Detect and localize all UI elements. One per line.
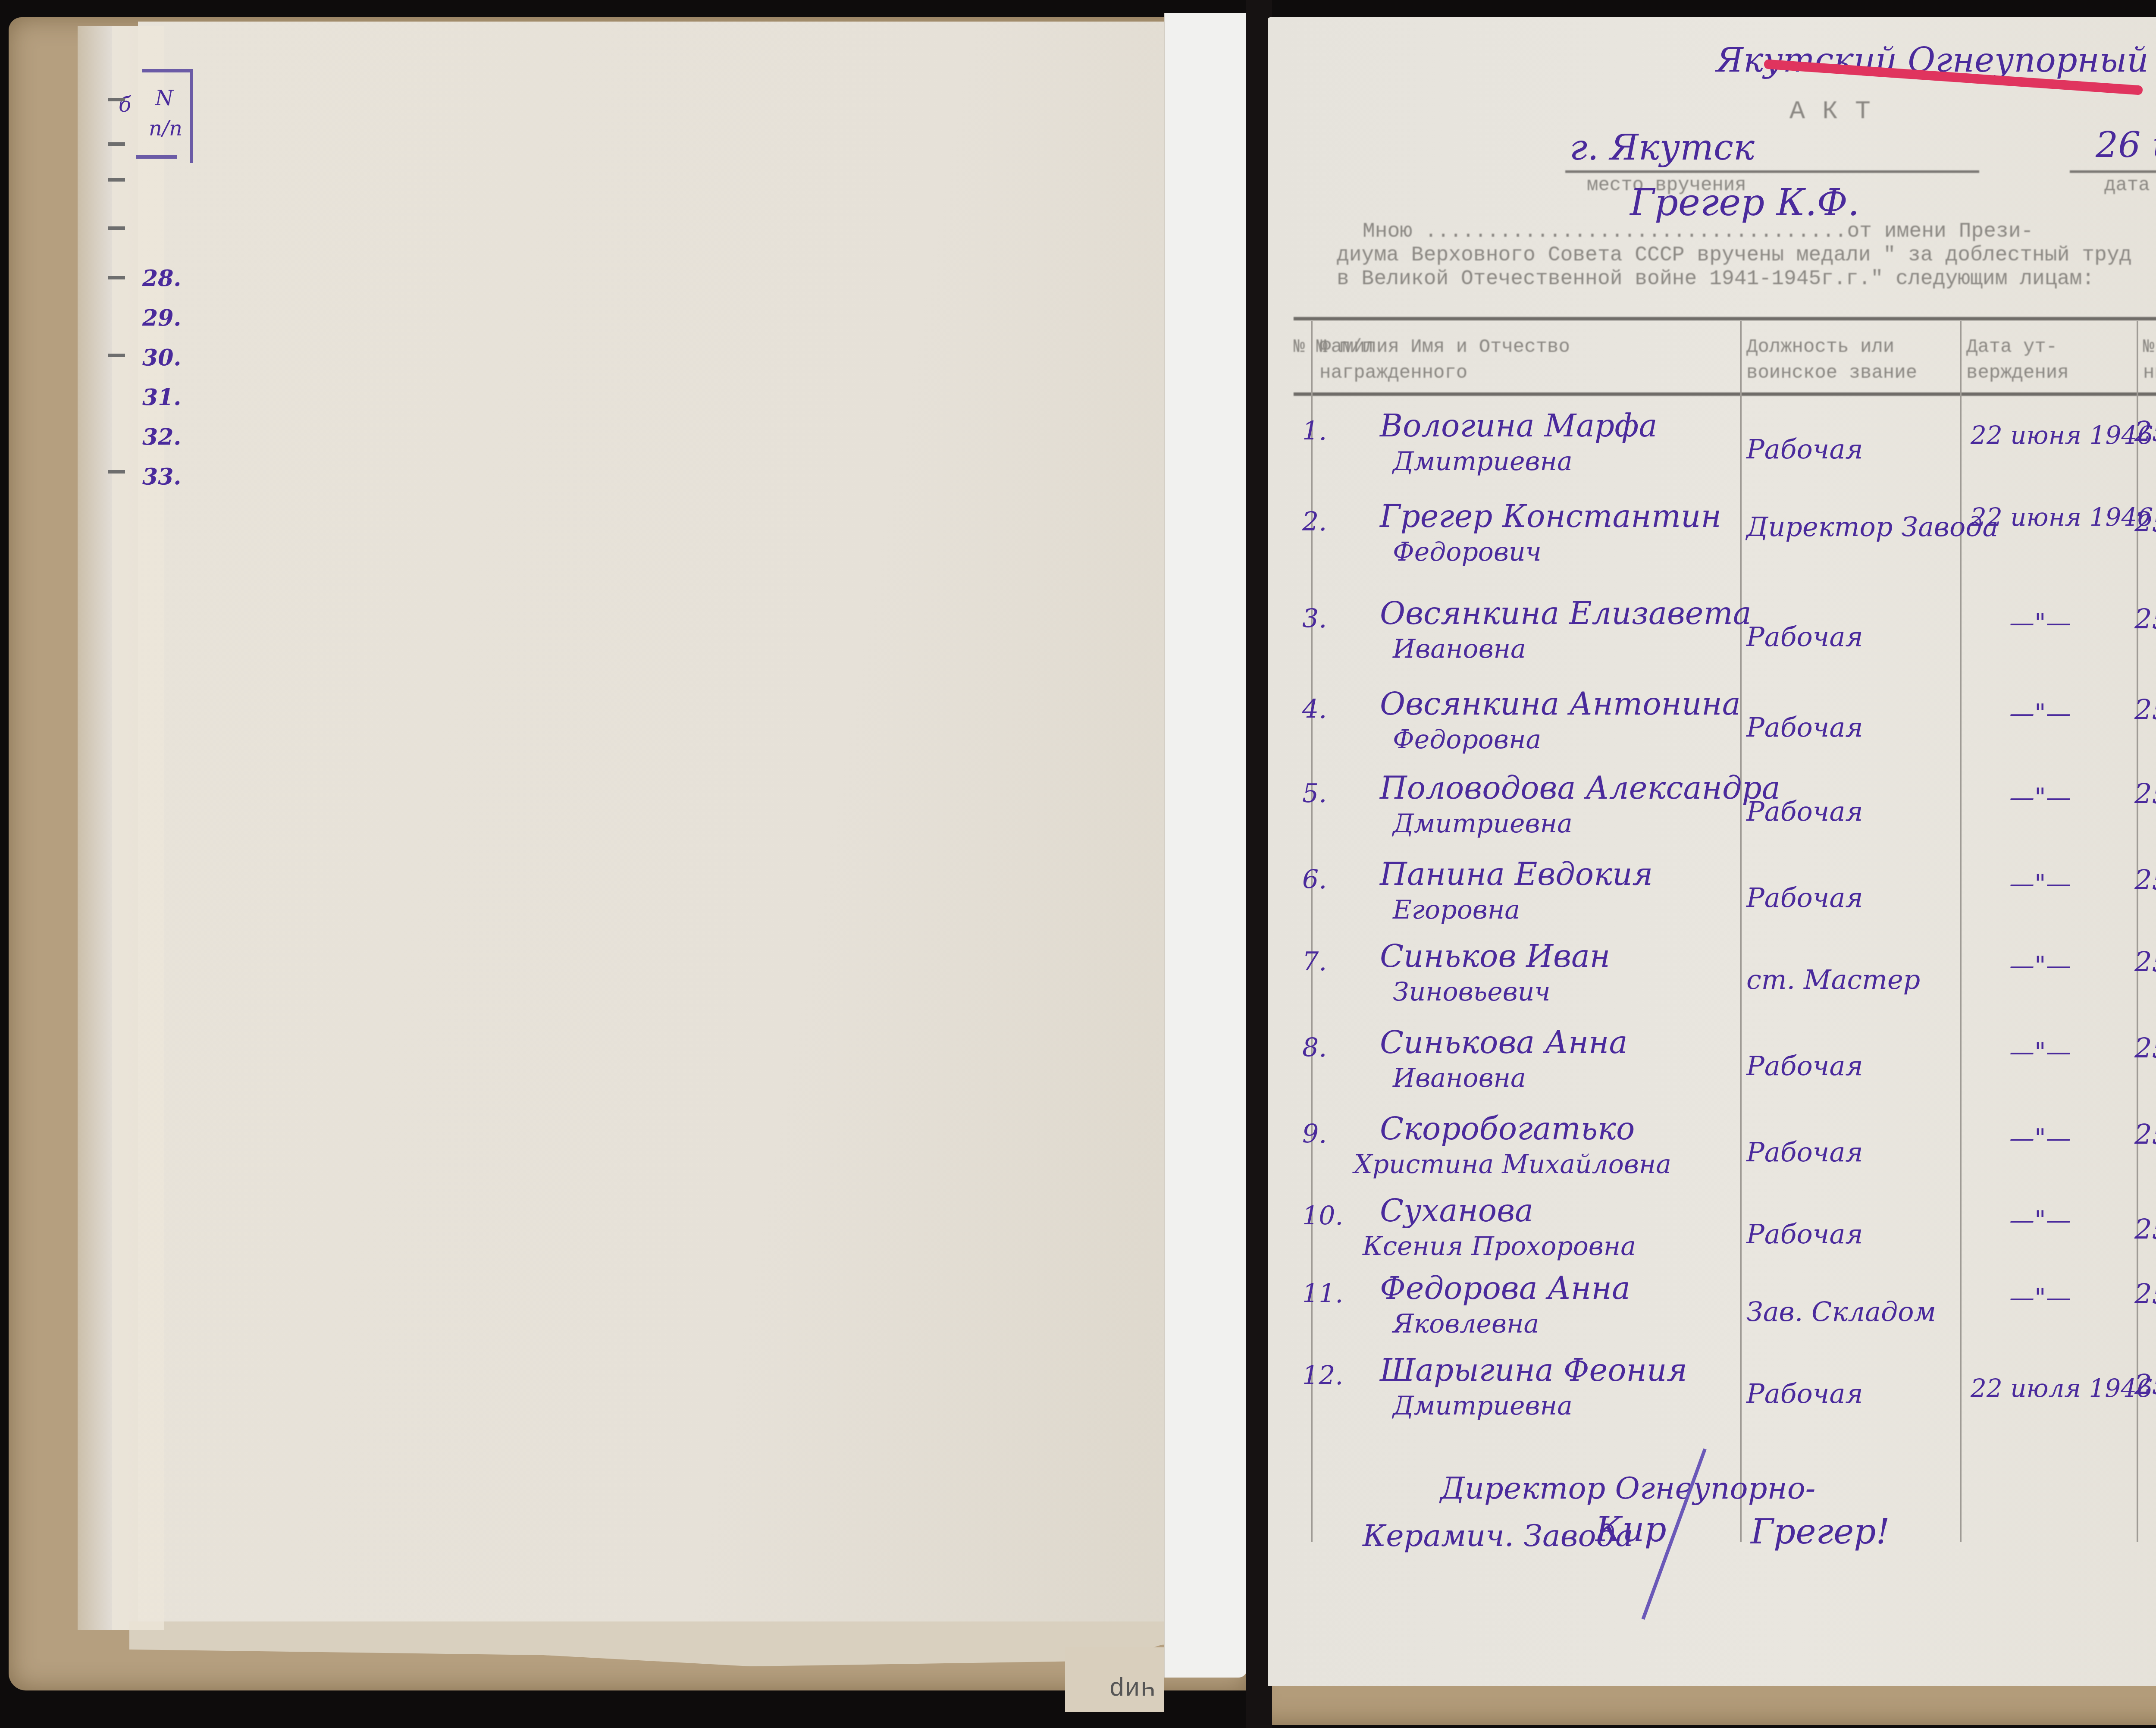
header-name: Фамилия Имя и Отчество награжденного — [1319, 334, 1733, 386]
row-number: 9. — [1302, 1119, 1327, 1149]
tick-mark — [108, 142, 125, 146]
approval-date: —"— — [2009, 783, 2071, 812]
awardee-name: Вологина Марфа — [1380, 408, 1657, 444]
presenter-name: Грегер К.Ф. — [1630, 181, 1859, 224]
header-position: Должность или воинское звание — [1746, 334, 1953, 386]
awardee-position: Рабочая — [1746, 1136, 1863, 1168]
awardee-position: Зав. Складом — [1746, 1296, 1936, 1327]
body-text-line: Мною ..................................о… — [1363, 220, 2033, 243]
awardee-position: Директор Завода — [1746, 511, 1999, 543]
row-number: 5. — [1302, 778, 1327, 809]
approval-date: 22 июня 1946 — [1971, 420, 2153, 450]
awardee-name: Овсянкина Елизавета — [1380, 595, 1752, 631]
certificate-number: 253623 — [2134, 865, 2156, 897]
margin-number: 33. — [142, 457, 194, 497]
approval-date: 22 июня 1946 — [1971, 502, 2153, 532]
awardee-patronymic: Дмитриевна — [1393, 446, 1573, 477]
approval-date: —"— — [2009, 608, 2071, 637]
approval-date: —"— — [2009, 1205, 2071, 1235]
awardee-name: Суханова — [1380, 1192, 1533, 1229]
table-row: 12. Шарыгина Феония Дмитриевна Рабочая 2… — [1294, 1352, 2156, 1465]
signature-title: Директор Огнеупорно- — [1440, 1471, 1815, 1506]
place-value: г. Якутск — [1570, 127, 1755, 168]
awardee-patronymic: Яковлевна — [1393, 1309, 1539, 1339]
margin-number: 30. — [142, 338, 194, 378]
tick-mark — [108, 178, 125, 182]
awardee-name: Синьков Иван — [1380, 938, 1610, 974]
awardee-position: Рабочая — [1746, 433, 1863, 465]
tick-mark — [108, 226, 125, 230]
approval-date: 22 июля 1946 — [1971, 1374, 2153, 1403]
body-text-line: в Великой Отечественной войне 1941-1945г… — [1337, 267, 2094, 291]
date-label: дата вручения — [2104, 175, 2156, 196]
certificate-number: 253632 — [2134, 947, 2156, 978]
awardee-position: Рабочая — [1746, 1218, 1863, 1250]
margin-divider — [136, 155, 177, 159]
margin-index-numbers: 28. 29. 30. 31. 32. 33. — [142, 259, 194, 497]
margin-index-box — [142, 69, 193, 163]
awardee-name: Грегер Константин — [1380, 498, 1721, 534]
tick-mark — [108, 354, 125, 357]
row-number: 4. — [1302, 694, 1327, 724]
awardee-name: Овсянкина Антонина — [1380, 686, 1741, 722]
row-number: 2. — [1302, 507, 1327, 537]
awardee-name: Половодова Александра — [1380, 770, 1780, 806]
awardee-patronymic: Егоровна — [1393, 895, 1520, 925]
table-top-rule — [1294, 317, 2156, 320]
margin-number: 32. — [142, 417, 194, 457]
table-header-rule — [1294, 392, 2156, 396]
approval-date: —"— — [2009, 869, 2071, 898]
row-number: 10. — [1302, 1201, 1343, 1231]
approval-date: —"— — [2009, 699, 2071, 728]
margin-side-mark: б — [119, 93, 131, 117]
act-title: АКТ — [1789, 97, 1888, 126]
row-number: 3. — [1302, 604, 1327, 634]
awardee-name: Шарыгина Феония — [1380, 1352, 1687, 1388]
awardee-patronymic: Ксения Прохоровна — [1363, 1231, 1636, 1261]
tick-mark — [108, 470, 125, 474]
row-number: 11. — [1302, 1279, 1343, 1309]
awardee-position: Рабочая — [1746, 796, 1863, 827]
awardee-position: Рабочая — [1746, 1378, 1863, 1409]
approval-date: —"— — [2009, 951, 2071, 980]
date-value: 26 июля 1946 — [2096, 125, 2156, 166]
certificate-number: 253620 — [2134, 604, 2156, 636]
awardee-name: Скоробогатько — [1380, 1110, 1635, 1147]
awardee-position: ст. Мастер — [1746, 964, 1920, 995]
awardee-position: Рабочая — [1746, 712, 1863, 743]
signature-mark: Кир — [1595, 1509, 1667, 1549]
certificate-number: 253637 — [2134, 1369, 2156, 1401]
awardee-position: Рабочая — [1746, 882, 1863, 913]
date-underline — [2070, 170, 2156, 173]
table-row: 2. Грегер Константин Федорович Директор … — [1294, 498, 2156, 611]
left-page — [138, 22, 1242, 1643]
certificate-number: 253634 — [2134, 1119, 2156, 1151]
awardee-patronymic: Федоровна — [1393, 724, 1541, 755]
header-certificate-number: № удостовер ния — [2143, 334, 2156, 386]
signatory-name: Грегер! — [1751, 1512, 1890, 1552]
bottom-stamp-label: чир — [1065, 1647, 1164, 1712]
row-number: 1. — [1302, 416, 1327, 446]
margin-number: 28. — [142, 259, 194, 298]
certificate-number: 253621 — [2134, 694, 2156, 726]
margin-number: 31. — [142, 378, 194, 417]
awardee-patronymic: Ивановна — [1393, 634, 1526, 664]
certificate-number: 253633 — [2134, 1033, 2156, 1065]
awardee-name: Синькова Анна — [1380, 1024, 1627, 1060]
row-number: 7. — [1302, 947, 1327, 977]
awardee-position: Рабочая — [1746, 621, 1863, 652]
row-number: 8. — [1302, 1033, 1327, 1063]
gutter-insert-strip — [1164, 13, 1247, 1678]
certificate-number: 253636 — [2134, 1214, 2156, 1246]
awardee-position: Рабочая — [1746, 1050, 1863, 1082]
place-underline — [1565, 170, 1979, 173]
row-number: 12. — [1302, 1361, 1343, 1391]
certificate-number: 253622 — [2134, 778, 2156, 810]
awardee-name: Федорова Анна — [1380, 1270, 1630, 1306]
approval-date: —"— — [2009, 1123, 2071, 1153]
awardee-patronymic: Христина Михайловна — [1354, 1149, 1671, 1179]
approval-date: —"— — [2009, 1037, 2071, 1066]
body-text-line: диума Верховного Совета СССР вручены мед… — [1337, 244, 2132, 267]
approval-date: —"— — [2009, 1283, 2071, 1312]
awardee-patronymic: Дмитриевна — [1393, 809, 1573, 839]
row-number: 6. — [1302, 865, 1327, 895]
header-approval-date: Дата ут- верждения — [1966, 334, 2130, 386]
awardee-patronymic: Дмитриевна — [1393, 1391, 1573, 1421]
certificate-number: 253619 — [2134, 507, 2156, 539]
certificate-number: 253618 — [2134, 416, 2156, 448]
awardee-patronymic: Ивановна — [1393, 1063, 1526, 1093]
certificate-number: 253635 — [2134, 1279, 2156, 1311]
signature-subtitle: Керамич. Завода — [1363, 1518, 1633, 1553]
awardee-patronymic: Зиновьевич — [1393, 977, 1551, 1007]
margin-number: 29. — [142, 298, 194, 338]
awardee-name: Панина Евдокия — [1380, 856, 1653, 892]
tick-mark — [108, 98, 125, 101]
margin-index-subheader: п/п — [149, 116, 182, 141]
awardee-patronymic: Федорович — [1393, 537, 1542, 567]
tick-mark — [108, 276, 125, 279]
margin-index-header: N — [155, 86, 173, 110]
